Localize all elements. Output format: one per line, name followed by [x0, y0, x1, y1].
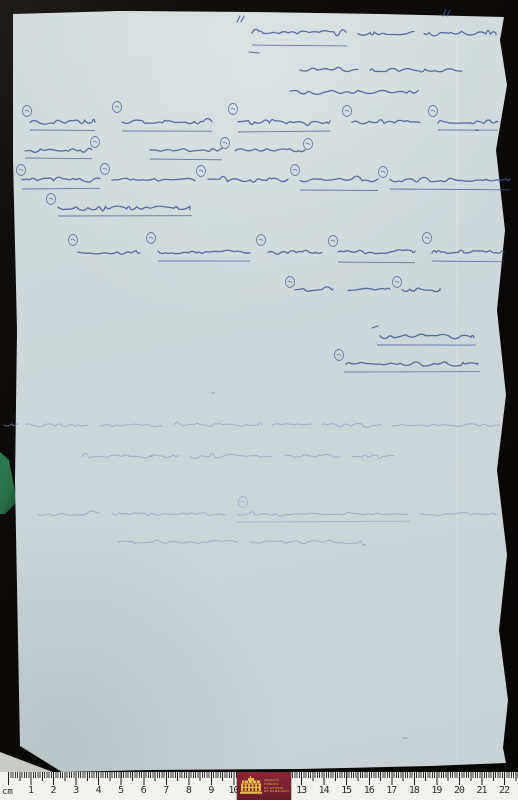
paper-crease: [456, 30, 458, 760]
ruler-number: 19: [426, 785, 446, 796]
ruler-number: 2: [43, 785, 63, 796]
paper-speck: [402, 737, 408, 739]
ruler-number: 3: [66, 785, 86, 796]
paper-speck: [362, 544, 366, 546]
ruler-number: 22: [494, 785, 514, 796]
paper-speck: [149, 455, 153, 457]
measuring-ruler: cm 12345678910111213141516171819202122: [0, 772, 518, 800]
ruler-number: 20: [449, 785, 469, 796]
ruler-number: 15: [336, 785, 356, 796]
manuscript-page: [0, 0, 518, 775]
ruler-number: 5: [111, 785, 131, 796]
ruler-number: 9: [201, 785, 221, 796]
ruler-number: 17: [381, 785, 401, 796]
ruler-number: 8: [178, 785, 198, 796]
handwriting-mark: [447, 10, 450, 16]
ruler-unit-label: cm: [2, 787, 13, 797]
ruler-number: 18: [404, 785, 424, 796]
archive-stamp-text-line: DO MARANHÃO: [264, 790, 289, 794]
ruler-number: 13: [291, 785, 311, 796]
ruler-number: 6: [133, 785, 153, 796]
archive-building-icon: [240, 776, 262, 795]
ruler-number: 1: [21, 785, 41, 796]
ruler-number: 21: [472, 785, 492, 796]
paper-speck: [211, 392, 215, 394]
ruler-number: 7: [156, 785, 176, 796]
ruler-number: 14: [314, 785, 334, 796]
archive-stamp-text: ARQUIVOPÚBLICODO ESTADODO MARANHÃO: [264, 779, 289, 794]
handwriting-mark: [443, 10, 446, 16]
ruler-number: 16: [359, 785, 379, 796]
ruler-number: 4: [88, 785, 108, 796]
scan-photo: cm 12345678910111213141516171819202122: [0, 0, 518, 800]
paper-speck: [475, 129, 479, 131]
archive-stamp: ARQUIVOPÚBLICODO ESTADODO MARANHÃO: [237, 772, 291, 800]
